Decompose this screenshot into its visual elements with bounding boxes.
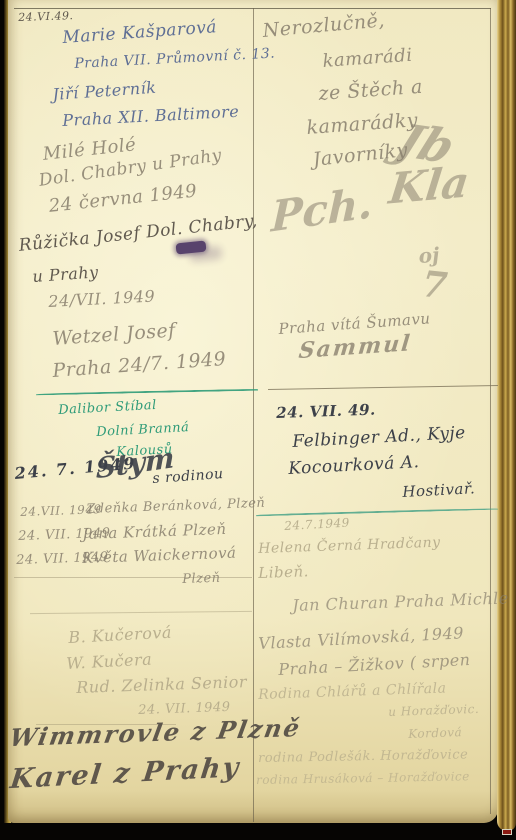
handwriting-line: W. Kučera <box>66 652 153 672</box>
page-edge-stack <box>497 0 516 831</box>
handwriting-line: rodina Podlešák. Horažďovice <box>258 748 468 765</box>
handwriting-line: Libeň. <box>258 564 309 581</box>
date-entry: 24. VII. 1949 <box>138 701 231 717</box>
date-entry: 24.7.1949 <box>284 517 350 532</box>
handwriting-line: Hostivař. <box>402 481 476 500</box>
handwriting-line: rodina Hrusáková – Horažďovice <box>256 770 470 786</box>
signature-flourish: 7 <box>420 266 449 304</box>
handwriting-line: Kordová <box>408 726 462 740</box>
handwriting-line: Plzeň <box>182 572 221 586</box>
corner-date: 24.VI.49. <box>18 10 74 23</box>
signature-flourish: Kla <box>387 161 472 211</box>
column-divider-line <box>253 8 254 822</box>
date-entry: 24. VII. 49. <box>276 403 376 421</box>
scanned-guestbook-page: 24.VI.49. Marie Kašparová Praha VII. Prů… <box>0 0 516 840</box>
handwriting-line: u Prahy <box>32 264 99 285</box>
right-margin-line <box>490 8 491 814</box>
scan-artifact <box>502 829 512 835</box>
handwriting-line: u Horažďovic. <box>388 703 479 718</box>
